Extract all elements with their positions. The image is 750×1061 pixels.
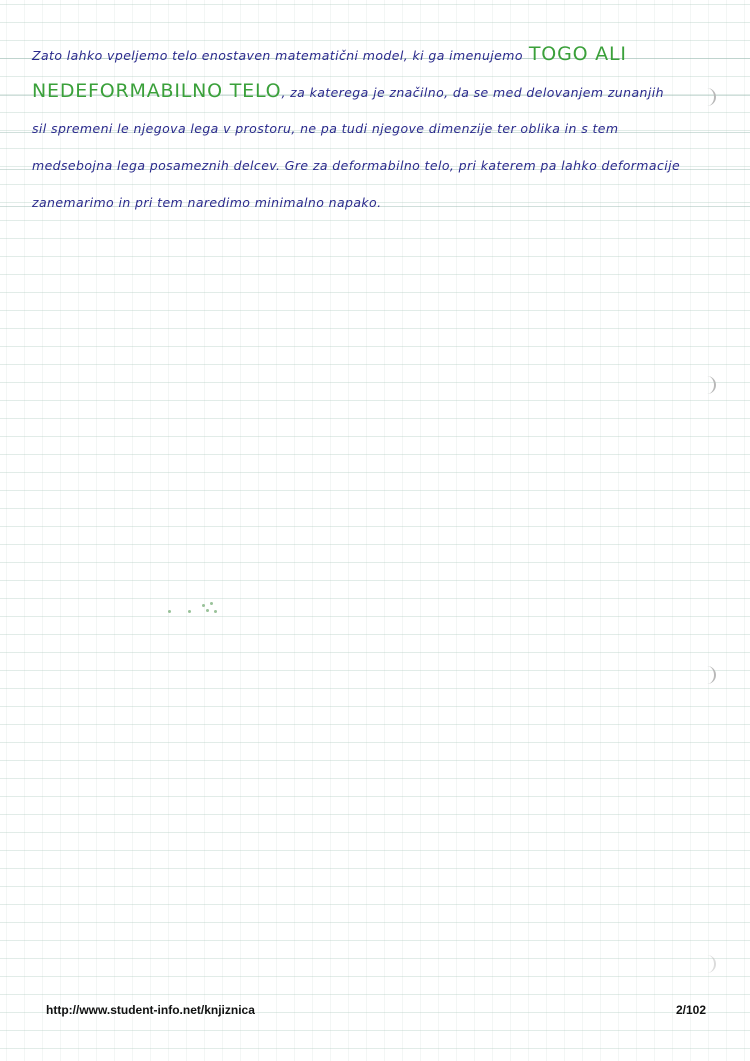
- punch-hole-icon: [704, 955, 716, 973]
- note-line-4: medsebojna lega posameznih delcev. Gre z…: [32, 147, 690, 184]
- note-line-2: NEDEFORMABILNO TELO , za katerega je zna…: [32, 73, 690, 110]
- footer-url-link[interactable]: http://www.student-info.net/knjiznica: [46, 1003, 255, 1017]
- punch-hole-icon: [704, 666, 716, 684]
- punch-hole-icon: [704, 88, 716, 106]
- highlighted-term: TOGO ALI: [529, 36, 627, 73]
- note-line-3: sil spremeni le njegova lega v prostoru,…: [32, 110, 690, 147]
- note-line-5: zanemarimo in pri tem naredimo minimalno…: [32, 184, 690, 221]
- page-number: 2/102: [676, 1003, 706, 1017]
- note-text: medsebojna lega posameznih delcev. Gre z…: [32, 147, 680, 184]
- page-footer: http://www.student-info.net/knjiznica 2/…: [46, 1003, 706, 1017]
- punch-hole-icon: [704, 376, 716, 394]
- ink-smudge: [168, 600, 228, 618]
- note-text: zanemarimo in pri tem naredimo minimalno…: [32, 184, 381, 221]
- note-text: sil spremeni le njegova lega v prostoru,…: [32, 110, 618, 147]
- note-line-1: Zato lahko vpeljemo telo enostaven matem…: [32, 36, 690, 73]
- highlighted-term: NEDEFORMABILNO TELO: [32, 73, 281, 110]
- handwritten-notes: Zato lahko vpeljemo telo enostaven matem…: [32, 36, 690, 221]
- note-text: Zato lahko vpeljemo telo enostaven matem…: [32, 37, 523, 74]
- note-text: , za katerega je značilno, da se med del…: [281, 74, 663, 111]
